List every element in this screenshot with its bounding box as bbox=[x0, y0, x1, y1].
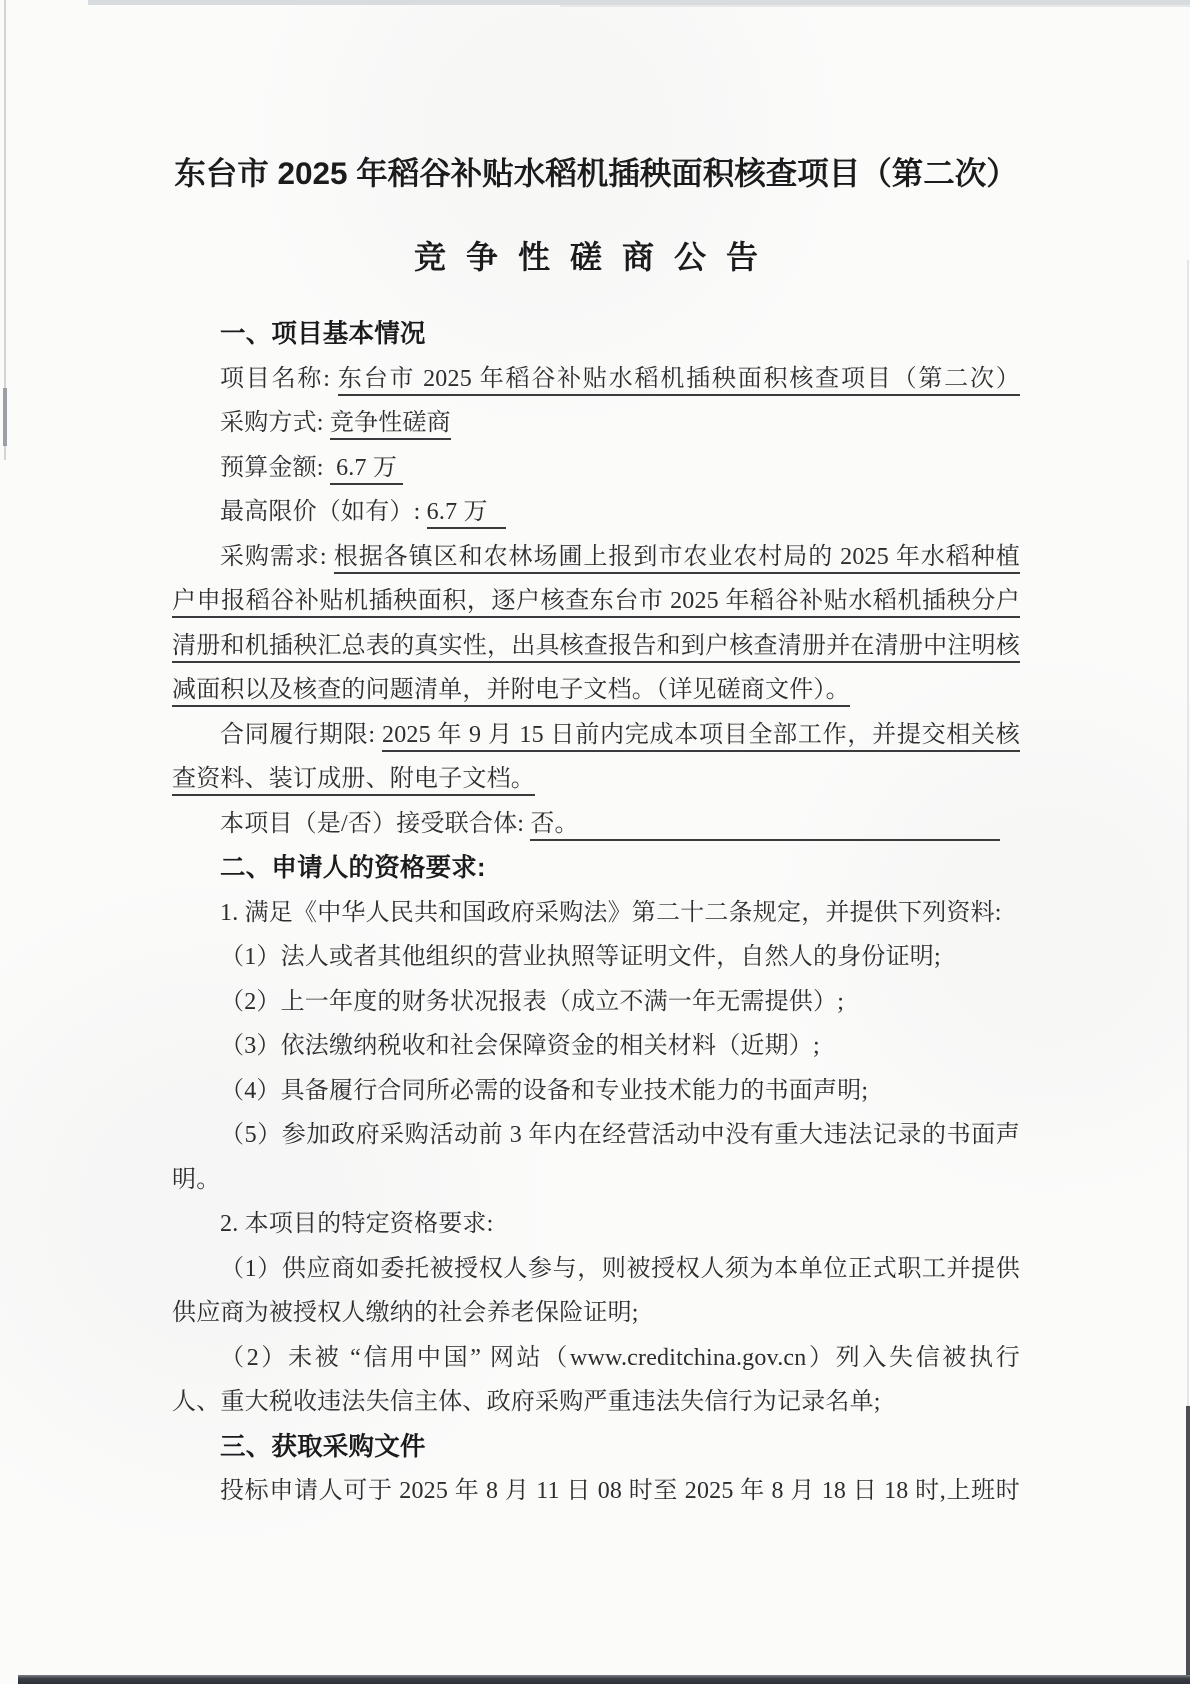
doc-line: （1）供应商如委托被授权人参与，则被授权人须为本单位正式职工并提供 bbox=[172, 1247, 1020, 1292]
text-segment: 本项目（是/否）接受联合体: bbox=[220, 811, 530, 837]
document-subtitle: 竞争性磋商公告 bbox=[172, 231, 1020, 283]
underlined-value: 东台市 2025 年稻谷补贴水稻机插秧面积核查项目（第二次） bbox=[338, 366, 1020, 396]
doc-line: （2）未被 “信用中国” 网站（www.creditchina.gov.cn）列… bbox=[172, 1336, 1020, 1381]
text-segment: 人、重大税收违法失信主体、政府采购严重违法失信行为记录名单; bbox=[172, 1389, 881, 1415]
doc-line: 明。 bbox=[172, 1158, 1020, 1203]
underlined-value: 2025 年 9 月 15 日前内完成本项目全部工作，并提交相关核 bbox=[382, 722, 1020, 752]
section-heading: 三、获取采购文件 bbox=[172, 1425, 1020, 1470]
doc-line: 项目名称: 东台市 2025 年稻谷补贴水稻机插秧面积核查项目（第二次） bbox=[172, 357, 1020, 402]
text-segment: 供应商为被授权人缴纳的社会养老保险证明; bbox=[172, 1300, 639, 1326]
underlined-value: 户申报稻谷补贴机插秧面积，逐户核查东台市 2025 年稻谷补贴水稻机插秧分户 bbox=[172, 588, 1020, 618]
text-segment: （1）法人或者其他组织的营业执照等证明文件，自然人的身份证明; bbox=[220, 944, 941, 970]
doc-line: 本项目（是/否）接受联合体: 否。 bbox=[172, 802, 1020, 847]
text-segment: 项目名称: bbox=[220, 366, 338, 392]
text-segment: 1. 满足《中华人民共和国政府采购法》第二十二条规定，并提供下列资料: bbox=[220, 900, 1002, 926]
doc-line: （5）参加政府采购活动前 3 年内在经营活动中没有重大违法记录的书面声 bbox=[172, 1113, 1020, 1158]
doc-line: 1. 满足《中华人民共和国政府采购法》第二十二条规定，并提供下列资料: bbox=[172, 891, 1020, 936]
text-segment: 采购需求: bbox=[220, 544, 334, 570]
text-segment: （3）依法缴纳税收和社会保障资金的相关材料（近期）; bbox=[220, 1033, 820, 1059]
doc-line: 清册和机插秧汇总表的真实性，出具核查报告和到户核查清册并在清册中注明核 bbox=[172, 624, 1020, 669]
doc-line: 减面积以及核查的问题清单，并附电子文档。（详见磋商文件）。 bbox=[172, 668, 1020, 713]
doc-line: （4）具备履行合同所必需的设备和专业技术能力的书面声明; bbox=[172, 1069, 1020, 1114]
text-segment: 2. 本项目的特定资格要求: bbox=[220, 1211, 493, 1237]
scan-edge-bottom bbox=[18, 1675, 1190, 1684]
doc-line: 户申报稻谷补贴机插秧面积，逐户核查东台市 2025 年稻谷补贴水稻机插秧分户 bbox=[172, 579, 1020, 624]
doc-line: 人、重大税收违法失信主体、政府采购严重违法失信行为记录名单; bbox=[172, 1380, 1020, 1425]
doc-line: 查资料、装订成册、附电子文档。 bbox=[172, 757, 1020, 802]
text-segment: （5）参加政府采购活动前 3 年内在经营活动中没有重大违法记录的书面声 bbox=[220, 1122, 1020, 1148]
doc-line: 投标申请人可于 2025 年 8 月 11 日 08 时至 2025 年 8 月… bbox=[172, 1469, 1020, 1514]
text-segment: 投标申请人可于 2025 年 8 月 11 日 08 时至 2025 年 8 月… bbox=[220, 1478, 1020, 1504]
scan-edge-top-thin bbox=[560, 5, 1190, 7]
text-segment: 一、项目基本情况 bbox=[220, 320, 426, 348]
section-heading: 一、项目基本情况 bbox=[172, 312, 1020, 357]
underlined-value: 竞争性磋商 bbox=[330, 410, 451, 440]
scanned-document-page: 东台市 2025 年稻谷补贴水稻机插秧面积核查项目（第二次） 竞争性磋商公告 一… bbox=[0, 0, 1190, 1684]
scan-edge-right-faint bbox=[1187, 260, 1189, 1410]
underlined-value: 6.7 万 bbox=[427, 499, 507, 529]
doc-line: 供应商为被授权人缴纳的社会养老保险证明; bbox=[172, 1291, 1020, 1336]
doc-line: 2. 本项目的特定资格要求: bbox=[172, 1202, 1020, 1247]
doc-line: （3）依法缴纳税收和社会保障资金的相关材料（近期）; bbox=[172, 1024, 1020, 1069]
doc-line: 最高限价（如有）: 6.7 万 bbox=[172, 490, 1020, 535]
document-title: 东台市 2025 年稻谷补贴水稻机插秧面积核查项目（第二次） bbox=[172, 147, 1020, 199]
text-segment: 合同履行期限: bbox=[220, 722, 382, 748]
text-segment: 明。 bbox=[172, 1167, 220, 1193]
text-segment: （2）上一年度的财务状况报表（成立不满一年无需提供）; bbox=[220, 989, 844, 1015]
text-segment: 三、获取采购文件 bbox=[220, 1433, 426, 1461]
text-segment: （2）未被 “信用中国” 网站（www.creditchina.gov.cn）列… bbox=[220, 1345, 1020, 1371]
underlined-value: 清册和机插秧汇总表的真实性，出具核查报告和到户核查清册并在清册中注明核 bbox=[172, 633, 1020, 663]
text-segment: （1）供应商如委托被授权人参与，则被授权人须为本单位正式职工并提供 bbox=[220, 1256, 1020, 1282]
underlined-value: 6.7 万 bbox=[330, 455, 403, 485]
underlined-value: 减面积以及核查的问题清单，并附电子文档。（详见磋商文件）。 bbox=[172, 677, 850, 707]
scan-edge-left-mark bbox=[3, 388, 7, 446]
doc-line: 合同履行期限: 2025 年 9 月 15 日前内完成本项目全部工作，并提交相关… bbox=[172, 713, 1020, 758]
doc-line: 采购方式: 竞争性磋商 bbox=[172, 401, 1020, 446]
underlined-value: 根据各镇区和农林场圃上报到市农业农村局的 2025 年水稻种植 bbox=[334, 544, 1020, 574]
scan-edge-right-dark bbox=[1186, 1406, 1190, 1684]
document-body: 一、项目基本情况项目名称: 东台市 2025 年稻谷补贴水稻机插秧面积核查项目（… bbox=[172, 312, 1020, 1514]
underlined-value: 否。 bbox=[530, 809, 1000, 841]
doc-line: （2）上一年度的财务状况报表（成立不满一年无需提供）; bbox=[172, 980, 1020, 1025]
section-heading: 二、申请人的资格要求: bbox=[172, 846, 1020, 891]
underlined-value: 查资料、装订成册、附电子文档。 bbox=[172, 766, 535, 796]
doc-line: 采购需求: 根据各镇区和农林场圃上报到市农业农村局的 2025 年水稻种植 bbox=[172, 535, 1020, 580]
text-segment: 预算金额: bbox=[220, 455, 330, 481]
text-segment: （4）具备履行合同所必需的设备和专业技术能力的书面声明; bbox=[220, 1078, 868, 1104]
doc-line: 预算金额: 6.7 万 bbox=[172, 446, 1020, 491]
text-segment: 采购方式: bbox=[220, 410, 330, 436]
text-segment: 最高限价（如有）: bbox=[220, 499, 427, 525]
doc-line: （1）法人或者其他组织的营业执照等证明文件，自然人的身份证明; bbox=[172, 935, 1020, 980]
text-segment: 二、申请人的资格要求: bbox=[220, 854, 486, 882]
